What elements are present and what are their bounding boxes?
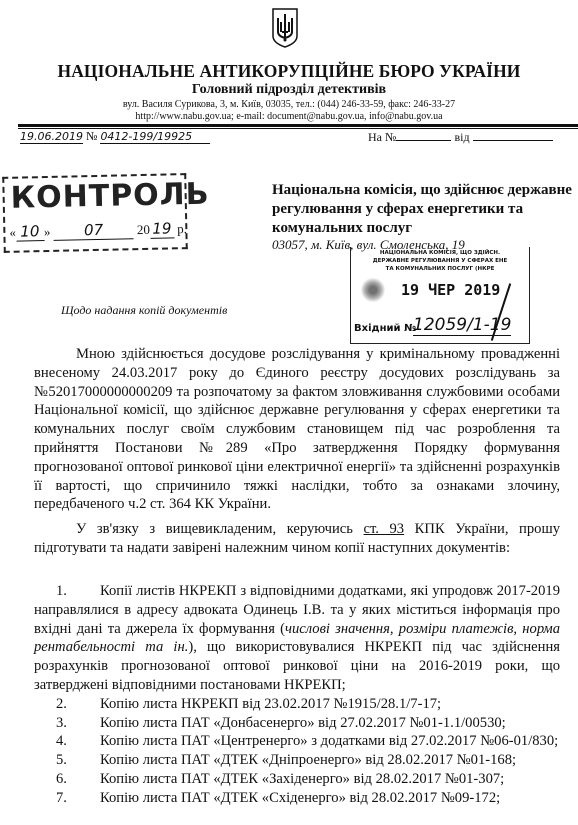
list-item-text: Копію листа ПАТ «ДТЕК «Дніпроенерго» від… xyxy=(100,752,516,768)
list-item: 1.Копії листів НКРЕКП з відповідними дод… xyxy=(34,582,560,695)
list-item-number: 7. xyxy=(56,789,100,808)
control-year-suffix: 19 xyxy=(150,219,174,238)
list-item: 4.Копію листа ПАТ «Центренерго» з додатк… xyxy=(34,732,560,751)
list-item: 2.Копію листа НКРЕКП від 23.02.2017 №191… xyxy=(34,695,560,714)
list-item-text: Копію листа ПАТ «ДТЕК «Східенерго» від 2… xyxy=(100,790,500,806)
list-item: 7.Копію листа ПАТ «ДТЕК «Східенерго» від… xyxy=(34,789,560,808)
incoming-stamp-org: НАЦІОНАЛЬНА КОМІСІЯ, ЩО ЗДІЙСН. ДЕРЖАВНЕ… xyxy=(351,249,529,273)
ukraine-trident-emblem-icon xyxy=(272,8,298,48)
seal-icon xyxy=(361,277,385,303)
list-item-text: Копію листа ПАТ «Центренерго» з додаткам… xyxy=(100,733,558,749)
list-item-number: 2. xyxy=(56,695,100,714)
outgoing-number: 0412-199/19925 xyxy=(100,130,210,144)
control-day: 10 xyxy=(16,222,44,242)
body-paragraph-2: У зв'язку з вищевикладеним, керуючись ст… xyxy=(34,520,560,558)
list-item: 5.Копію листа ПАТ «ДТЕК «Дніпроенерго» в… xyxy=(34,751,560,770)
list-item-text: Копію листа НКРЕКП від 23.02.2017 №1915/… xyxy=(100,696,441,712)
incoming-stamp-date: 19 ЧЕР 2019 xyxy=(401,281,500,299)
org-unit: Головний підрозділ детективів xyxy=(0,82,578,98)
list-item-text: Копію листа ПАТ «ДТЕК «Західенерго» від … xyxy=(100,771,504,787)
list-item: 3.Копію листа ПАТ «Донбасенерго» від 27.… xyxy=(34,714,560,733)
control-stamp-date: «10» 07 2019 р. xyxy=(9,219,187,242)
list-item-number: 1. xyxy=(34,582,100,601)
list-item-number: 5. xyxy=(56,751,100,770)
reply-reference: На № від xyxy=(368,129,553,145)
body-paragraph-1: Мною здійснюється досудове розслідування… xyxy=(34,345,560,514)
control-stamp: КОНТРОЛЬ «10» 07 2019 р. xyxy=(2,173,188,253)
outgoing-date: 19.06.2019 xyxy=(20,130,83,144)
body-paragraph-1-text: Мною здійснюється досудове розслідування… xyxy=(34,345,560,514)
incoming-stamp-org-line: НАЦІОНАЛЬНА КОМІСІЯ, ЩО ЗДІЙСН. xyxy=(351,249,529,257)
list-item-number: 3. xyxy=(56,714,100,733)
control-stamp-title: КОНТРОЛЬ xyxy=(10,177,210,216)
outgoing-no-label: № xyxy=(86,129,97,143)
letterhead-rule xyxy=(18,124,578,127)
reply-from-label: від xyxy=(454,130,469,144)
addressee-name: Національна комісія, що здійснює державн… xyxy=(272,181,572,238)
reply-no-blank xyxy=(396,129,451,141)
article-reference: ст. 93 xyxy=(364,521,405,537)
org-contacts: http://www.nabu.gov.ua; e-mail: document… xyxy=(0,111,578,122)
list-item-number: 6. xyxy=(56,770,100,789)
incoming-stamp-org-line: ТА КОМУНАЛЬНИХ ПОСЛУГ (НКРЕ xyxy=(351,265,529,273)
control-year-unit: р. xyxy=(177,221,187,236)
letter-subject: Щодо надання копій документів xyxy=(61,303,227,318)
list-item-number: 4. xyxy=(34,732,100,751)
control-month: 07 xyxy=(53,220,133,241)
org-name: НАЦІОНАЛЬНЕ АНТИКОРУПЦІЙНЕ БЮРО УКРАЇНИ xyxy=(0,61,578,82)
control-year-prefix: 20 xyxy=(137,222,150,237)
list-item-text: Копію листа ПАТ «Донбасенерго» від 27.02… xyxy=(100,715,506,731)
requested-documents-list: 1.Копії листів НКРЕКП з відповідними дод… xyxy=(34,582,560,808)
reply-no-label: На № xyxy=(368,130,396,144)
incoming-stamp: НАЦІОНАЛЬНА КОМІСІЯ, ЩО ЗДІЙСН. ДЕРЖАВНЕ… xyxy=(350,247,530,344)
p2-text-before: У зв'язку з вищевикладеним, керуючись xyxy=(76,521,364,537)
list-item: 6.Копію листа ПАТ «ДТЕК «Західенерго» ві… xyxy=(34,770,560,789)
reply-from-blank xyxy=(473,129,553,141)
incoming-stamp-org-line: ДЕРЖАВНЕ РЕГУЛЮВАННЯ У СФЕРАХ ЕНЕ xyxy=(351,257,529,265)
incoming-stamp-label: Вхідний № xyxy=(354,323,416,334)
org-address: вул. Василя Сурикова, 3, м. Київ, 03035,… xyxy=(0,99,578,110)
outgoing-reference: 19.06.2019 № 0412-199/19925 xyxy=(20,129,210,144)
